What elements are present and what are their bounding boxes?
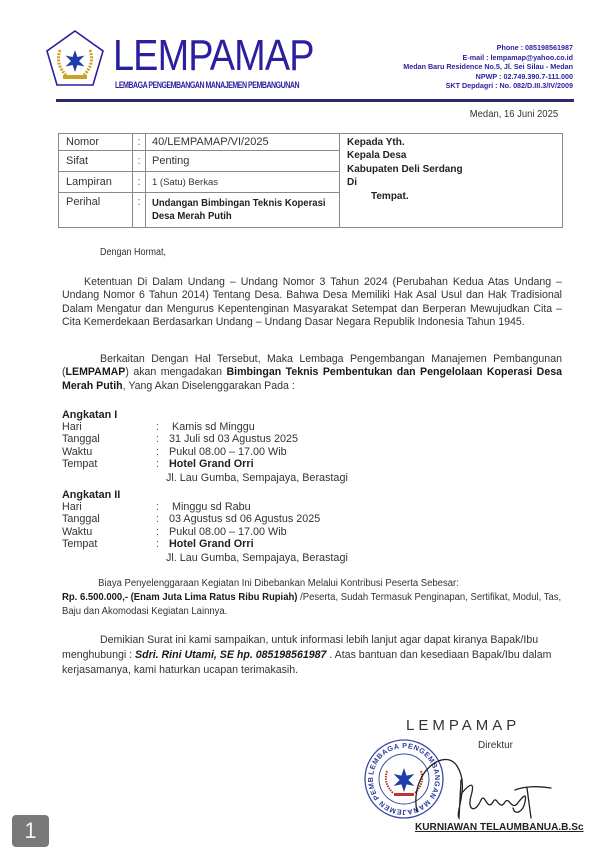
letter-date: Medan, 16 Juni 2025	[470, 108, 558, 120]
schedule-row: Hari:Minggu sd Rabu	[62, 501, 120, 513]
meta-colon: :	[132, 134, 146, 150]
meta-row-sifat: Sifat : Penting	[59, 151, 339, 172]
contact-phone: Phone : 085198561987	[403, 43, 573, 53]
schedule-label: Hari	[62, 501, 82, 513]
schedule-colon: :	[156, 458, 159, 470]
meta-row-perihal: Perihal : Undangan Bimbingan Teknis Kope…	[59, 193, 339, 228]
schedule-colon: :	[156, 421, 159, 433]
batch-1-schedule: Angkatan I Hari:Kamis sd Minggu Tanggal:…	[62, 409, 117, 484]
contact-skt: SKT Depdagri : No. 082/D.III.3/IV/2009	[403, 81, 573, 91]
schedule-value: 31 Juli sd 03 Agustus 2025	[169, 433, 298, 445]
meta-label: Lampiran	[66, 176, 112, 188]
schedule-label: Tanggal	[62, 433, 100, 445]
signatory-name: KURNIAWAN TELAUMBANUA.B.Sc	[415, 821, 584, 833]
contact-email: E-mail : lempamap@yahoo.co.id	[403, 53, 573, 63]
venue-address: Jl. Lau Gumba, Sempajaya, Berastagi	[166, 552, 348, 564]
contact-person: Sdri. Rini Utami, SE hp. 085198561987	[135, 649, 326, 661]
organization-name: LEMPAMAP	[113, 34, 314, 78]
organization-subtitle: LEMBAGA PENGEMBANGAN MANAJEMEN PEMBANGUN…	[115, 80, 299, 90]
schedule-colon: :	[156, 501, 159, 513]
paragraph-text: ) akan mengadakan	[125, 366, 226, 378]
paragraph-text: , Yang Akan Diselenggarakan Pada :	[123, 380, 295, 392]
schedule-row: Hari:Kamis sd Minggu	[62, 421, 117, 433]
batch-title: Angkatan II	[62, 489, 120, 501]
schedule-row: Waktu:Pukul 08.00 – 17.00 Wib	[62, 526, 120, 538]
meta-value: Penting	[152, 155, 189, 167]
meta-colon: :	[132, 193, 146, 228]
salutation: Dengan Hormat,	[100, 247, 166, 258]
schedule-row: Jl. Lau Gumba, Sempajaya, Berastagi	[62, 470, 117, 484]
schedule-row: Tempat:Hotel Grand Orri	[62, 458, 117, 470]
meta-label: Nomor	[66, 136, 99, 148]
contact-address: Medan Baru Residence No.5, Jl. Sei Silau…	[403, 62, 573, 72]
org-acronym: LEMPAMAP	[66, 366, 126, 378]
handwritten-signature-icon	[415, 752, 555, 822]
meta-label: Perihal	[66, 196, 100, 208]
schedule-colon: :	[156, 526, 159, 538]
schedule-colon: :	[156, 446, 159, 458]
schedule-value: 03 Agustus sd 06 Agustus 2025	[169, 513, 320, 525]
meta-row-lampiran: Lampiran : 1 (Satu) Berkas	[59, 172, 339, 193]
meta-value: Undangan Bimbingan Teknis Koperasi Desa …	[152, 197, 325, 223]
schedule-row: Tanggal:31 Juli sd 03 Agustus 2025	[62, 433, 117, 445]
signatory-role: Direktur	[478, 740, 513, 751]
paragraph-legal-basis: Ketentuan Di Dalam Undang – Undang Nomor…	[62, 276, 562, 330]
schedule-row: Tanggal:03 Agustus sd 06 Agustus 2025	[62, 513, 120, 525]
schedule-row: Tempat:Hotel Grand Orri	[62, 538, 120, 550]
schedule-colon: :	[156, 538, 159, 550]
meta-value: 1 (Satu) Berkas	[152, 177, 218, 188]
fee-amount: Rp. 6.500.000,- (Enam Juta Lima Ratus Ri…	[62, 592, 297, 603]
recipient-block: Kepada Yth. Kepala Desa Kabupaten Deli S…	[347, 136, 463, 203]
batch-2-schedule: Angkatan II Hari:Minggu sd Rabu Tanggal:…	[62, 489, 120, 564]
subject-line-2: Desa Merah Putih	[152, 211, 232, 222]
recipient-line: Di	[347, 176, 463, 189]
meta-colon: :	[132, 151, 146, 171]
schedule-label: Tempat	[62, 538, 97, 550]
subject-line-1: Undangan Bimbingan Teknis Koperasi	[152, 198, 325, 209]
recipient-line: Tempat.	[347, 190, 463, 203]
organization-logo-icon	[44, 28, 106, 90]
paragraph-text: Ketentuan Di Dalam Undang – Undang Nomor…	[62, 276, 562, 328]
schedule-label: Waktu	[62, 446, 92, 458]
schedule-venue: Hotel Grand Orri	[169, 458, 254, 470]
schedule-value: Kamis sd Minggu	[172, 421, 255, 433]
letter-meta: Nomor : 40/LEMPAMAP/VI/2025 Sifat : Pent…	[59, 134, 340, 227]
schedule-row: Jl. Lau Gumba, Sempajaya, Berastagi	[62, 550, 120, 564]
meta-colon: :	[132, 172, 146, 192]
contact-npwp: NPWP : 02.749.390.7-111.000	[403, 72, 573, 82]
recipient-line: Kepala Desa	[347, 149, 463, 162]
schedule-label: Waktu	[62, 526, 92, 538]
recipient-line: Kabupaten Deli Serdang	[347, 163, 463, 176]
schedule-value: Pukul 08.00 – 17.00 Wib	[169, 526, 287, 538]
schedule-colon: :	[156, 433, 159, 445]
page-number-badge[interactable]: 1	[12, 815, 49, 847]
letter-header-table: Nomor : 40/LEMPAMAP/VI/2025 Sifat : Pent…	[58, 133, 563, 228]
paragraph-announcement: Berkaitan Dengan Hal Tersebut, Maka Lemb…	[62, 353, 562, 393]
signature-organization: LEMPAMAP	[406, 717, 520, 734]
recipient-line: Kepada Yth.	[347, 136, 463, 149]
paragraph-fee: Biaya Penyelenggaraan Kegiatan Ini Dibeb…	[62, 577, 566, 619]
paragraph-closing: Demikian Surat ini kami sampaikan, untuk…	[62, 633, 582, 678]
paragraph-text: Biaya Penyelenggaraan Kegiatan Ini Dibeb…	[98, 578, 459, 589]
meta-label: Sifat	[66, 155, 88, 167]
schedule-colon: :	[156, 513, 159, 525]
batch-title: Angkatan I	[62, 409, 117, 421]
schedule-row: Waktu:Pukul 08.00 – 17.00 Wib	[62, 446, 117, 458]
contact-block: Phone : 085198561987 E-mail : lempamap@y…	[403, 43, 573, 91]
schedule-label: Hari	[62, 421, 82, 433]
letterhead-divider	[56, 99, 574, 102]
venue-address: Jl. Lau Gumba, Sempajaya, Berastagi	[166, 472, 348, 484]
schedule-value: Minggu sd Rabu	[172, 501, 251, 513]
meta-row-nomor: Nomor : 40/LEMPAMAP/VI/2025	[59, 134, 339, 151]
meta-value: 40/LEMPAMAP/VI/2025	[152, 136, 269, 148]
schedule-venue: Hotel Grand Orri	[169, 538, 254, 550]
schedule-label: Tempat	[62, 458, 97, 470]
schedule-value: Pukul 08.00 – 17.00 Wib	[169, 446, 287, 458]
schedule-label: Tanggal	[62, 513, 100, 525]
